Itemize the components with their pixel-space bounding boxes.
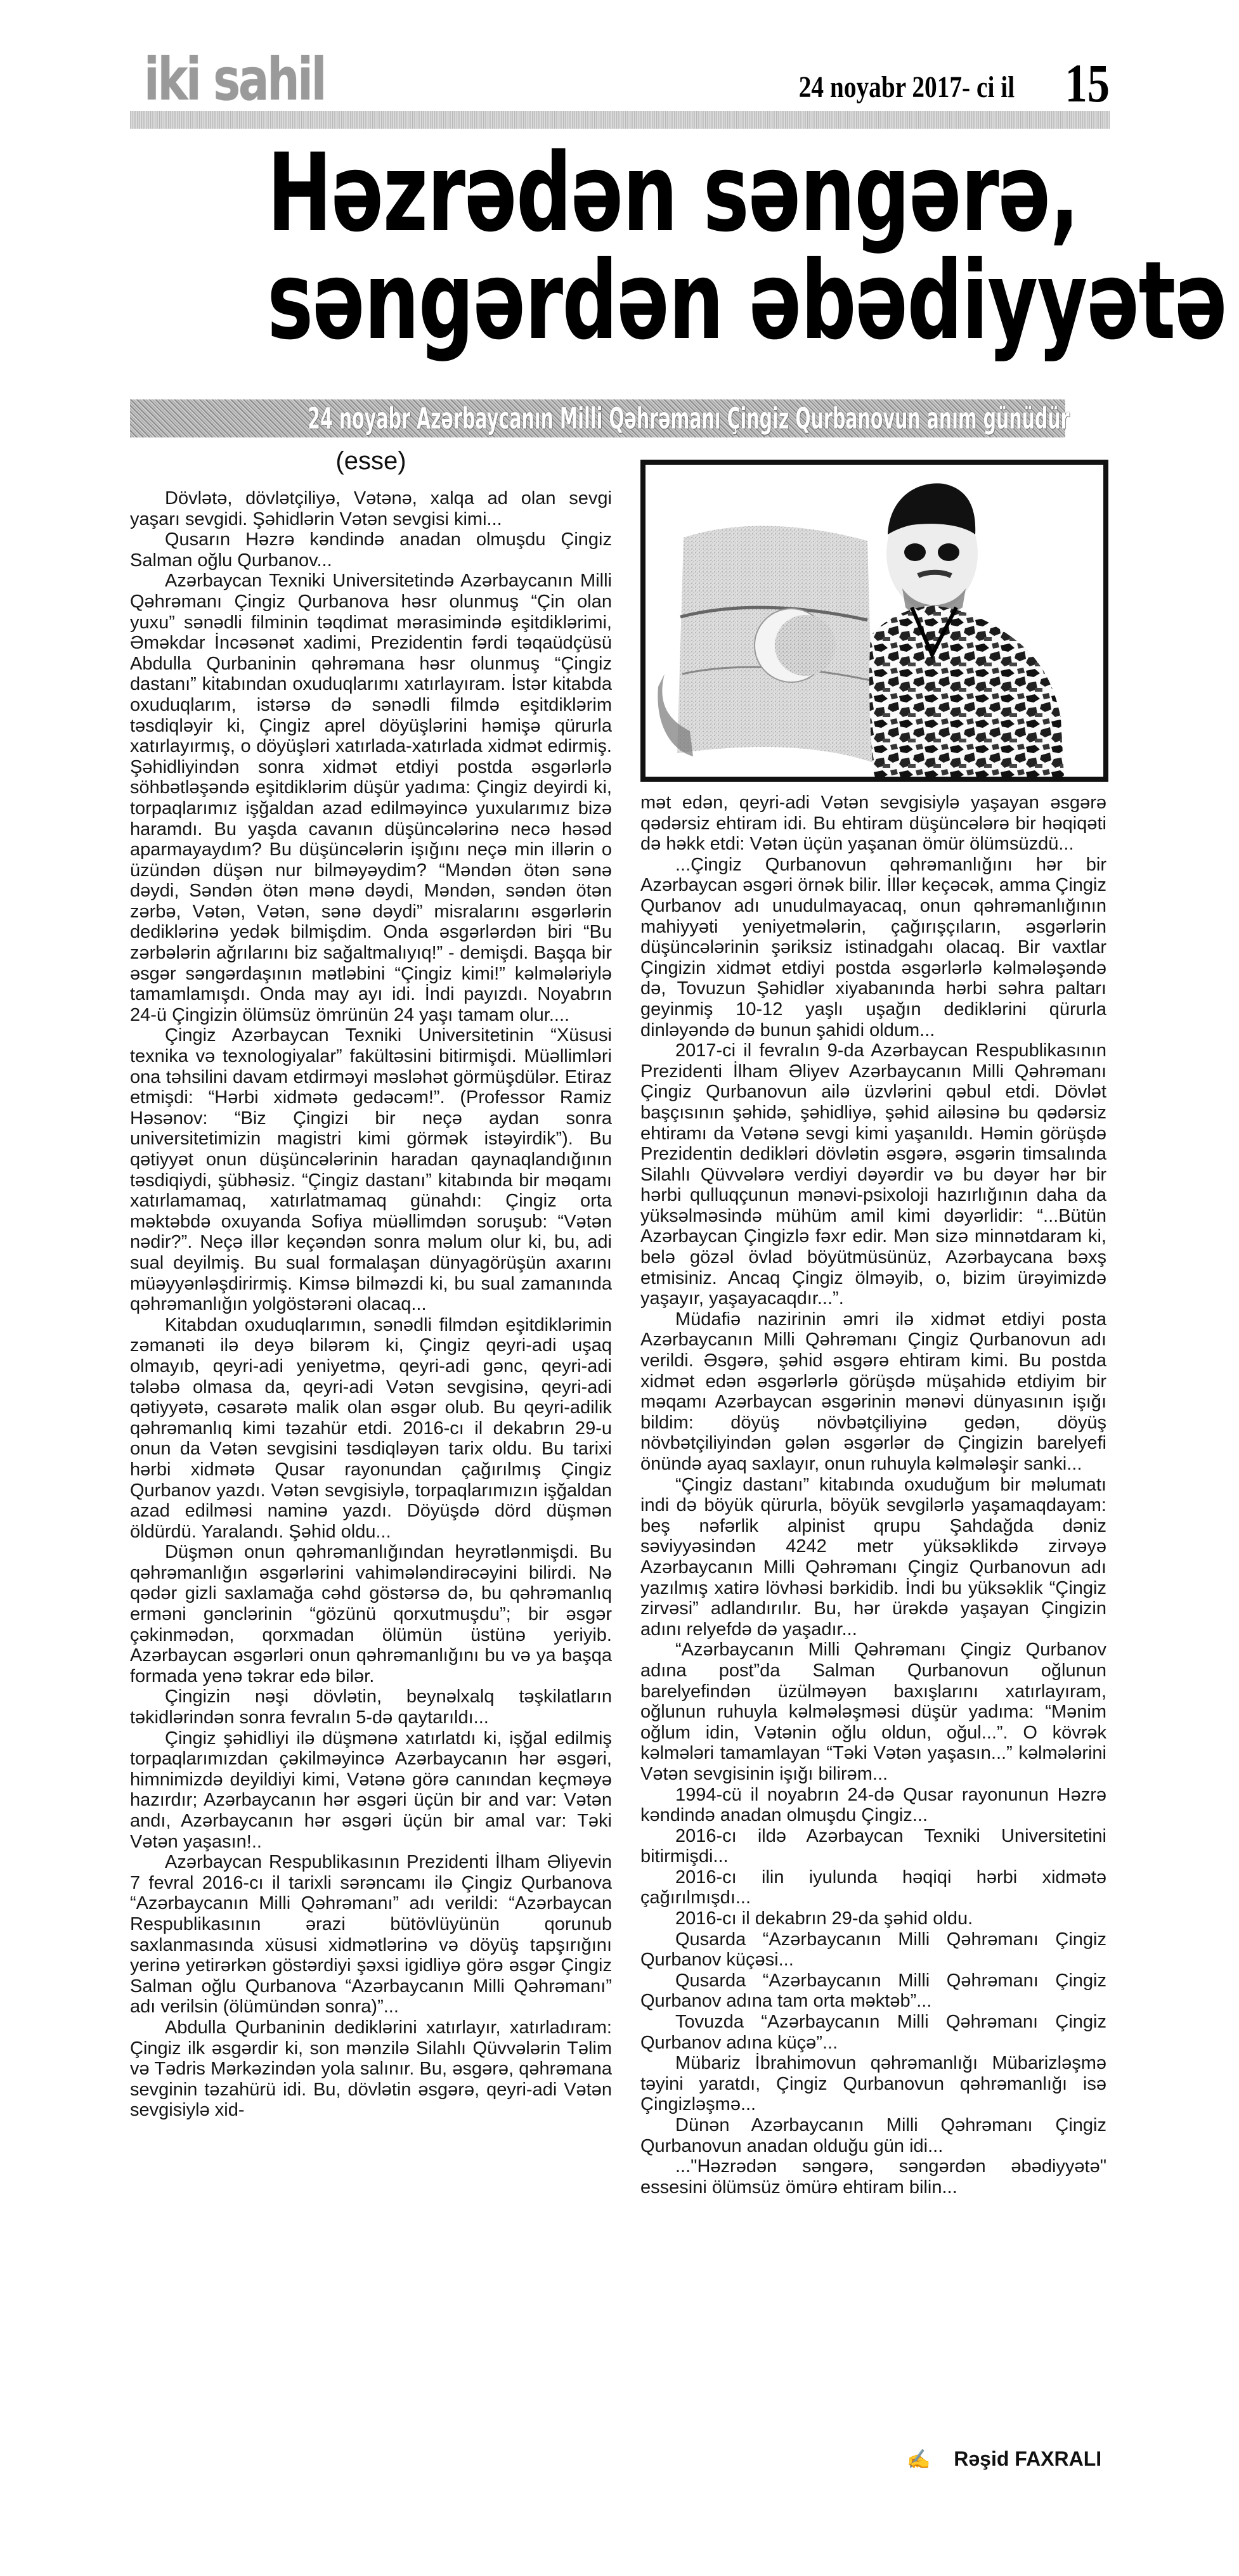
right-column: mət edən, qeyri-adi Vətən sevgisiylə yaş… [640,793,1106,2197]
byline: ✍ Rəşid FAXRALI [907,2447,1101,2471]
paragraph: Qusarda “Azərbaycanın Milli Qəhrəmanı Çi… [640,1929,1106,1971]
issue-date: 24 noyabr 2017- ci il [799,70,1015,105]
paragraph: 2016-cı ilin iyulunda həqiqi hərbi xidmə… [640,1867,1106,1908]
paragraph: 1994-cü il noyabrın 24-də Qusar rayonunu… [640,1785,1106,1826]
paragraph: Müdafiə nazirinin əmri ilə xidmət etdiyi… [640,1309,1106,1475]
paragraph: 2017-ci il fevralın 9-da Azərbaycan Resp… [640,1040,1106,1309]
genre-label: (esse) [130,447,612,476]
headline-line-1: Həzrədən səngərə, [267,139,972,247]
paragraph: Qusarın Həzrə kəndində anadan olmuşdu Çi… [130,529,612,571]
subheadline-band: 24 noyabr Azərbaycanın Milli Qəhrəmanı Ç… [130,399,1065,437]
paragraph: Çingiz şəhidliyi ilə düşmənə xatırlatdı … [130,1728,612,1853]
paragraph: Tovuzda “Azərbaycanın Milli Qəhrəmanı Çi… [640,2012,1106,2053]
paragraph: Abdulla Qurbaninin dediklərini xatırlayı… [130,2017,612,2121]
paragraph: Mübariz İbrahimovun qəhrəmanlığı Mübariz… [640,2053,1106,2115]
paragraph: ...Çingiz Qurbanovun qəhrəmanlığını hər … [640,855,1106,1040]
subheadline: 24 noyabr Azərbaycanın Milli Qəhrəmanı Ç… [308,399,888,437]
paragraph: 2016-cı il dekabrın 29-da şəhid oldu. [640,1908,1106,1929]
paragraph: Azərbaycan Respublikasının Prezidenti İl… [130,1852,612,2017]
paragraph: Dünən Azərbaycanın Milli Qəhrəmanı Çingi… [640,2115,1106,2156]
page-number: 15 [1065,56,1110,110]
paragraph: Dövlətə, dövlətçiliyə, Vətənə, xalqa ad … [130,488,612,529]
paragraph: Çingizin nəşi dövlətin, beynəlxalq təşki… [130,1686,612,1728]
article-headline: Həzrədən səngərə, səngərdən əbədiyyətə [130,139,1110,355]
newspaper-logo: iki sahil [144,51,325,109]
left-column: Dövlətə, dövlətçiliyə, Vətənə, xalqa ad … [130,488,612,2121]
paragraph: 2016-cı ildə Azərbaycan Texniki Universi… [640,1826,1106,1867]
paragraph: Çingiz Azərbaycan Texniki Universitetini… [130,1025,612,1314]
paragraph: “Çingiz dastanı” kitabında oxuduğum bir … [640,1475,1106,1640]
headline-line-2: səngərdən əbədiyyətə [267,247,972,355]
photo-soldier-with-flag-icon [645,465,1103,777]
header-rule [130,111,1110,129]
paragraph: Azərbaycan Texniki Universitetində Azərb… [130,571,612,1025]
paragraph: Düşmən onun qəhrəmanlığından heyrətlənmi… [130,1542,612,1686]
paragraph: Kitabdan oxuduqlarımın, sənədli filmdən … [130,1315,612,1543]
paragraph: Qusarda “Azərbaycanın Milli Qəhrəmanı Çi… [640,1971,1106,2012]
article-photo [640,460,1108,782]
paragraph: ..."Həzrədən səngərə, səngərdən əbədiyyə… [640,2156,1106,2197]
paragraph: “Azərbaycanın Milli Qəhrəmanı Çingiz Qur… [640,1640,1106,1784]
author-name: Rəşid FAXRALI [954,2447,1101,2470]
paragraph: mət edən, qeyri-adi Vətən sevgisiylə yaş… [640,793,1106,855]
pen-icon: ✍ [907,2449,930,2471]
